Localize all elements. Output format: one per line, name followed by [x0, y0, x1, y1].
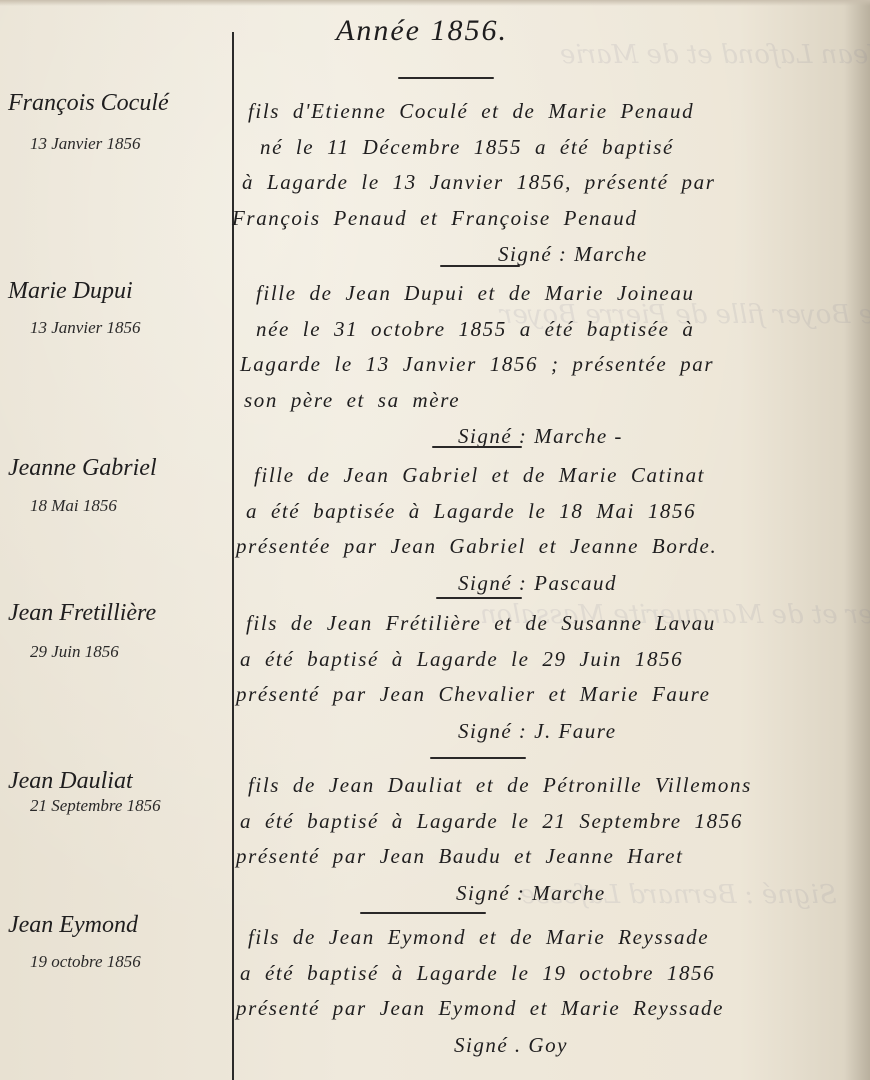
entry-line: a été baptisé à Lagarde le 19 octobre 18… [240, 956, 860, 992]
entry-line: présentée par Jean Gabriel et Jeanne Bor… [236, 529, 860, 565]
margin-name: Jeanne Gabriel [8, 455, 157, 482]
entry-separator [440, 265, 520, 267]
margin-column-rule [232, 32, 234, 1080]
margin-date: 21 Septembre 1856 [30, 796, 161, 816]
entry-line: fille de Jean Gabriel et de Marie Catina… [240, 458, 860, 494]
entry-separator [360, 912, 486, 914]
margin-name: Marie Dupui [8, 278, 133, 305]
register-page: fille de Jean Lafond et de Marie Marie B… [0, 0, 870, 1080]
entry-separator [398, 77, 494, 79]
page-edge-shadow [0, 0, 870, 6]
margin-name: Jean Eymond [8, 912, 138, 939]
margin-date: 19 octobre 1856 [30, 952, 141, 972]
entry-line: a été baptisé à Lagarde le 21 Septembre … [240, 804, 860, 840]
entry-signature: Signé : Pascaud [240, 565, 860, 601]
entry-line: fils de Jean Dauliat et de Pétronille Vi… [240, 768, 860, 804]
margin-name: François Coculé [8, 90, 169, 117]
entry-line: Lagarde le 13 Janvier 1856 ; présentée p… [240, 347, 860, 383]
entry-line: son père et sa mère [240, 383, 860, 419]
entry-signature: Signé : Marche [240, 875, 860, 911]
margin-date: 18 Mai 1856 [30, 496, 117, 516]
baptism-entry: fils d'Etienne Coculé et de Marie Penaud… [240, 94, 860, 272]
entry-line: a été baptisée à Lagarde le 18 Mai 1856 [240, 494, 860, 530]
baptism-entry: fils de Jean Dauliat et de Pétronille Vi… [240, 768, 860, 911]
entry-separator [430, 757, 526, 759]
page-title: Année 1856. [336, 14, 508, 48]
entry-line: présenté par Jean Baudu et Jeanne Haret [236, 839, 860, 875]
entry-signature: Signé : Marche [240, 236, 860, 272]
margin-date: 29 Juin 1856 [30, 642, 119, 662]
entry-line: présenté par Jean Eymond et Marie Reyssa… [236, 991, 860, 1027]
margin-name: Jean Dauliat [8, 768, 133, 795]
entry-separator [436, 597, 522, 599]
entry-line: présenté par Jean Chevalier et Marie Fau… [236, 677, 860, 713]
entry-line: à Lagarde le 13 Janvier 1856, présenté p… [240, 165, 860, 201]
entry-line: fille de Jean Dupui et de Marie Joineau [240, 276, 860, 312]
margin-date: 13 Janvier 1856 [30, 318, 140, 338]
margin-name: Jean Fretillière [8, 600, 156, 627]
margin-date: 13 Janvier 1856 [30, 134, 140, 154]
baptism-entry: fille de Jean Dupui et de Marie Joineau … [240, 276, 860, 454]
entry-separator [432, 446, 522, 448]
entry-line: né le 11 Décembre 1855 a été baptisé [240, 130, 860, 166]
entry-line: fils de Jean Eymond et de Marie Reyssade [240, 920, 860, 956]
entry-line: François Penaud et Françoise Penaud [232, 201, 860, 237]
entry-signature: Signé : J. Faure [240, 713, 860, 749]
entry-signature: Signé . Goy [240, 1027, 860, 1063]
entry-signature: Signé : Marche - [240, 418, 860, 454]
entry-line: née le 31 octobre 1855 a été baptisée à [240, 312, 860, 348]
bleed-through-text: fille de Jean Lafond et de Marie [560, 40, 870, 70]
entry-line: a été baptisé à Lagarde le 29 Juin 1856 [240, 642, 860, 678]
baptism-entry: fille de Jean Gabriel et de Marie Catina… [240, 458, 860, 601]
baptism-entry: fils de Jean Frétilière et de Susanne La… [240, 606, 860, 749]
entry-line: fils d'Etienne Coculé et de Marie Penaud [240, 94, 860, 130]
baptism-entry: fils de Jean Eymond et de Marie Reyssade… [240, 920, 860, 1063]
entry-line: fils de Jean Frétilière et de Susanne La… [240, 606, 860, 642]
